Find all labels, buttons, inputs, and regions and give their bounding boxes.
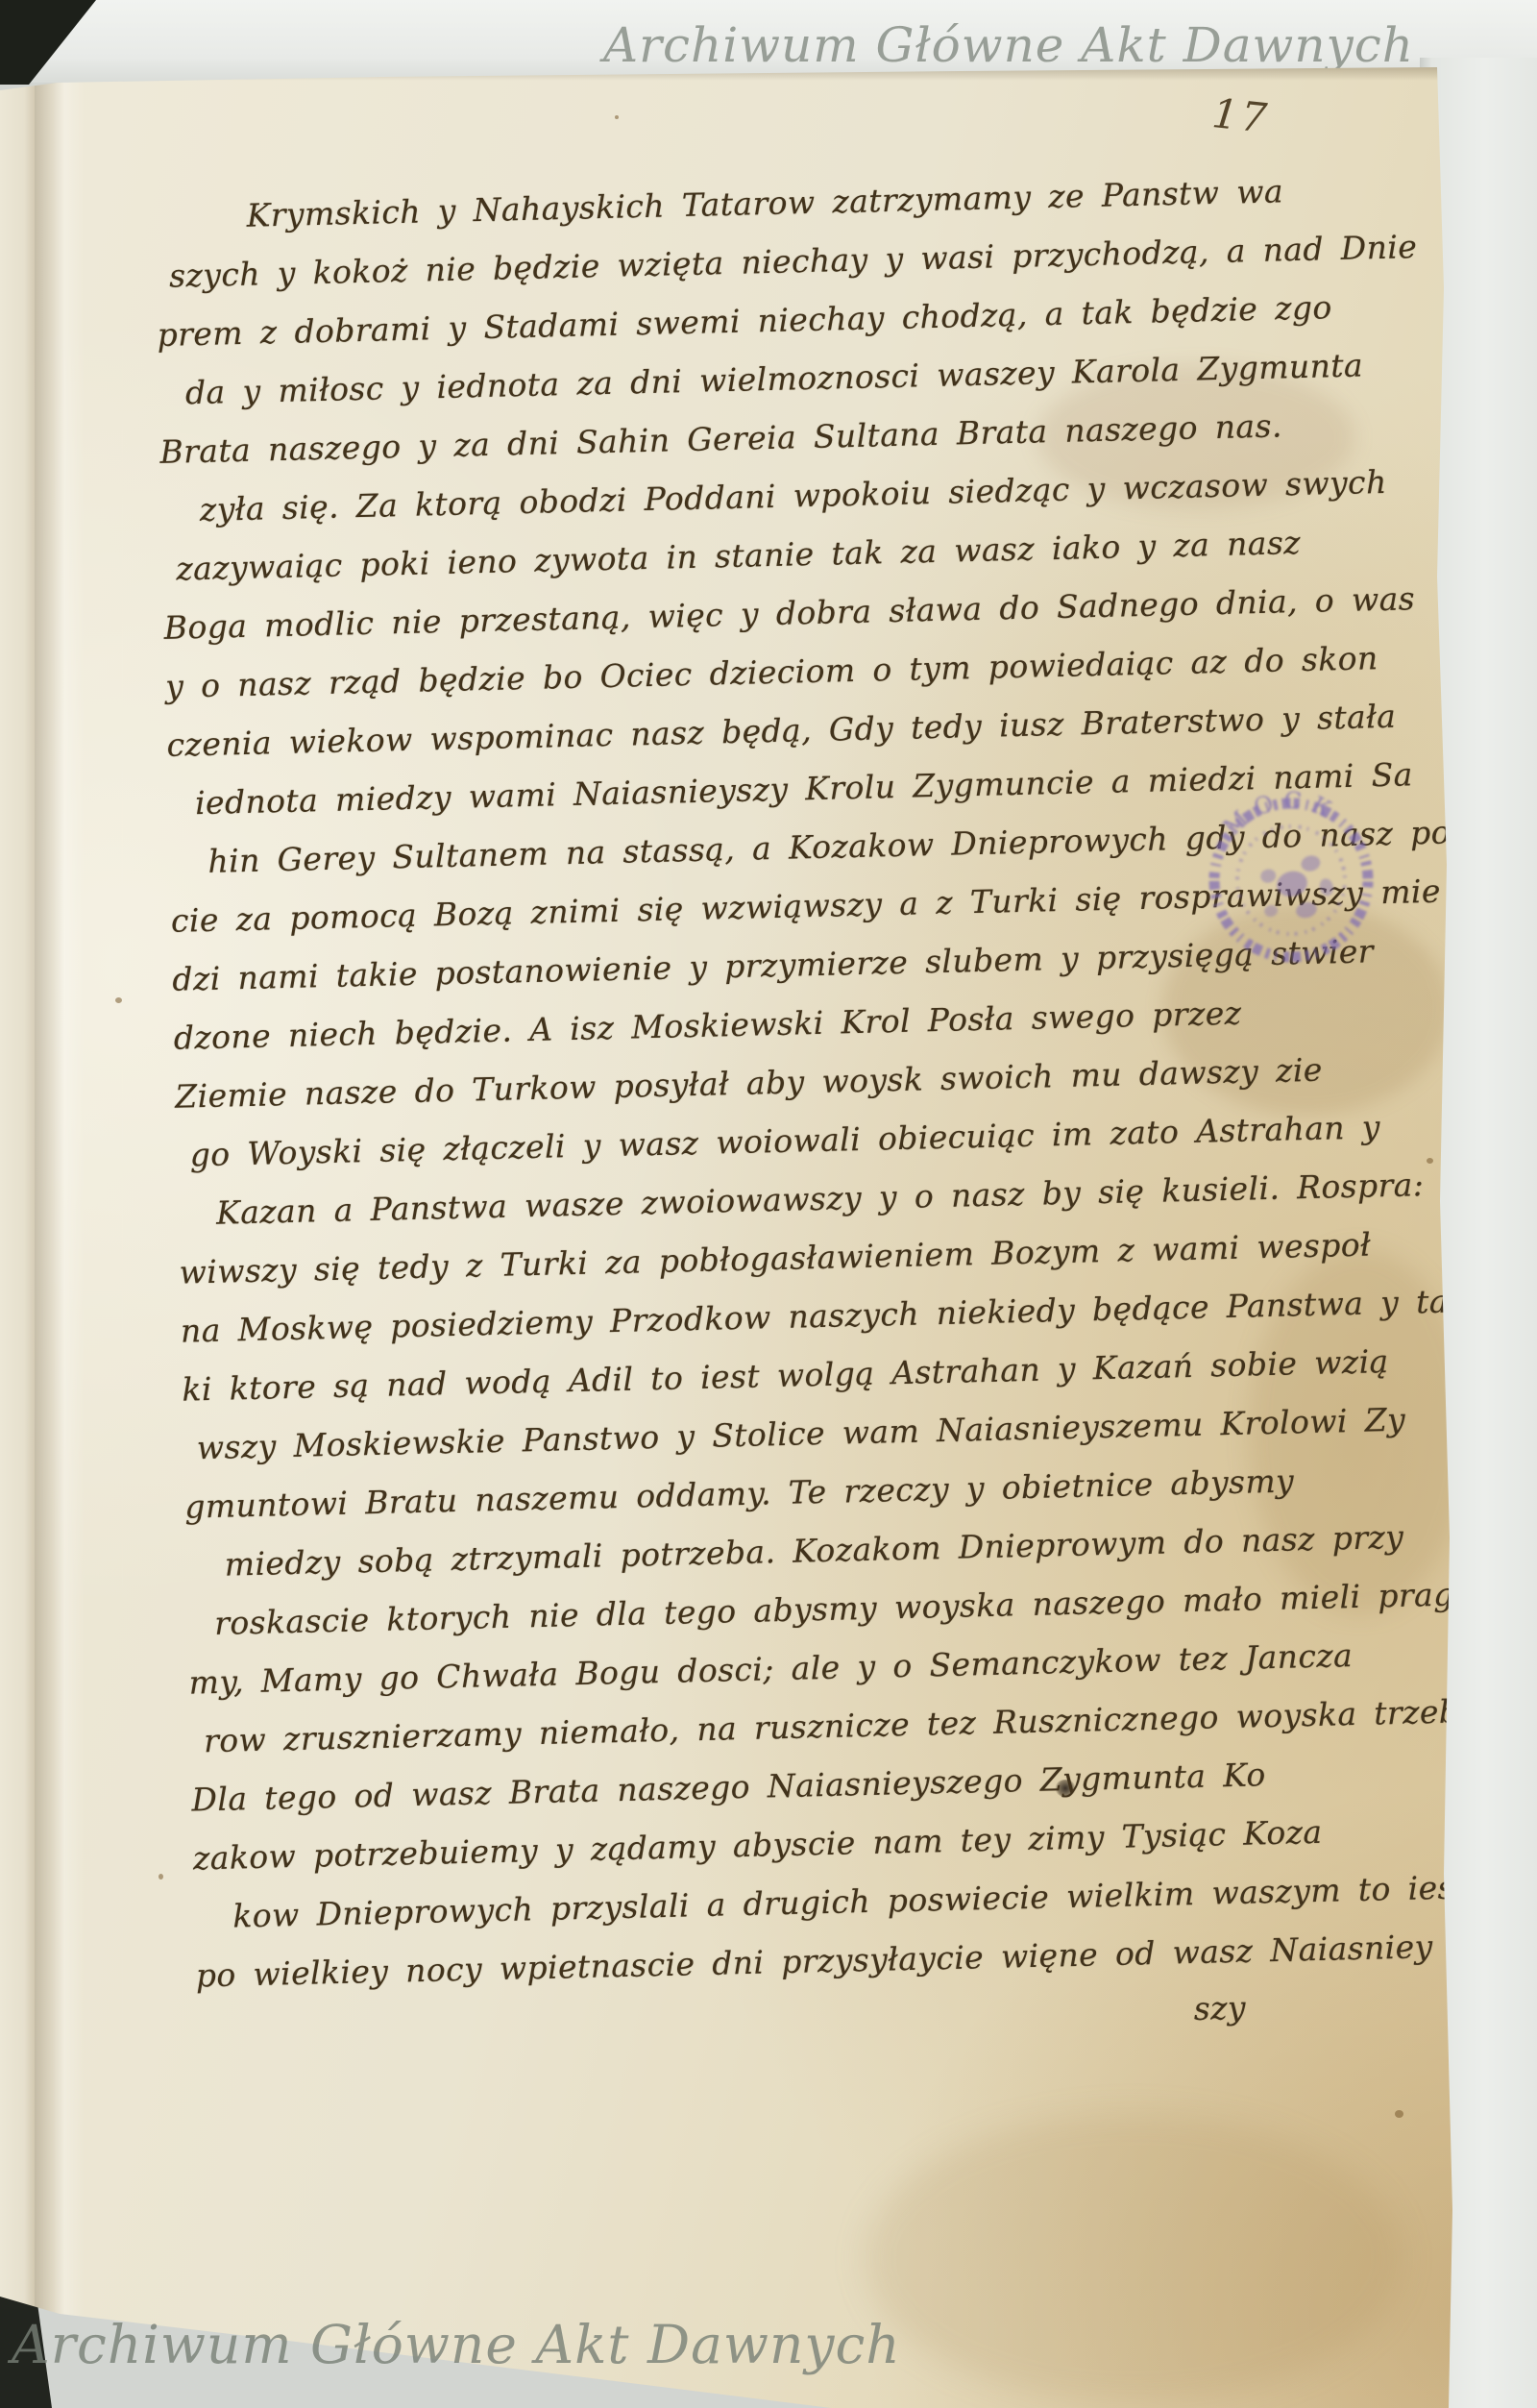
- fox-spot: [1427, 1158, 1433, 1164]
- archive-watermark-top: Archiwum Główne Akt Dawnych: [603, 17, 1414, 73]
- archive-watermark-bottom: Archiwum Główne Akt Dawnych: [12, 2314, 901, 2375]
- page-fold-crease: [35, 71, 85, 2324]
- manuscript-scan: Archiwum Główne Akt Dawnych 17 Krymskich…: [0, 0, 1537, 2408]
- fox-spot: [115, 997, 122, 1003]
- manuscript-text: Krymskich y Nahayskich Tatarow zatrzymam…: [154, 162, 1303, 2061]
- paper-stain: [865, 2114, 1403, 2402]
- folio-number: 17: [1210, 89, 1272, 142]
- page-left-edge: [0, 75, 35, 2314]
- fox-spot: [615, 115, 619, 119]
- fox-spot: [159, 1874, 163, 1880]
- manuscript-lines: Krymskich y Nahayskich Tatarow zatrzymam…: [154, 162, 1301, 2005]
- manuscript-page: 17 Krymskich y Nahayskich Tatarow zatrzy…: [0, 0, 1537, 2408]
- fox-spot: [1395, 2110, 1403, 2118]
